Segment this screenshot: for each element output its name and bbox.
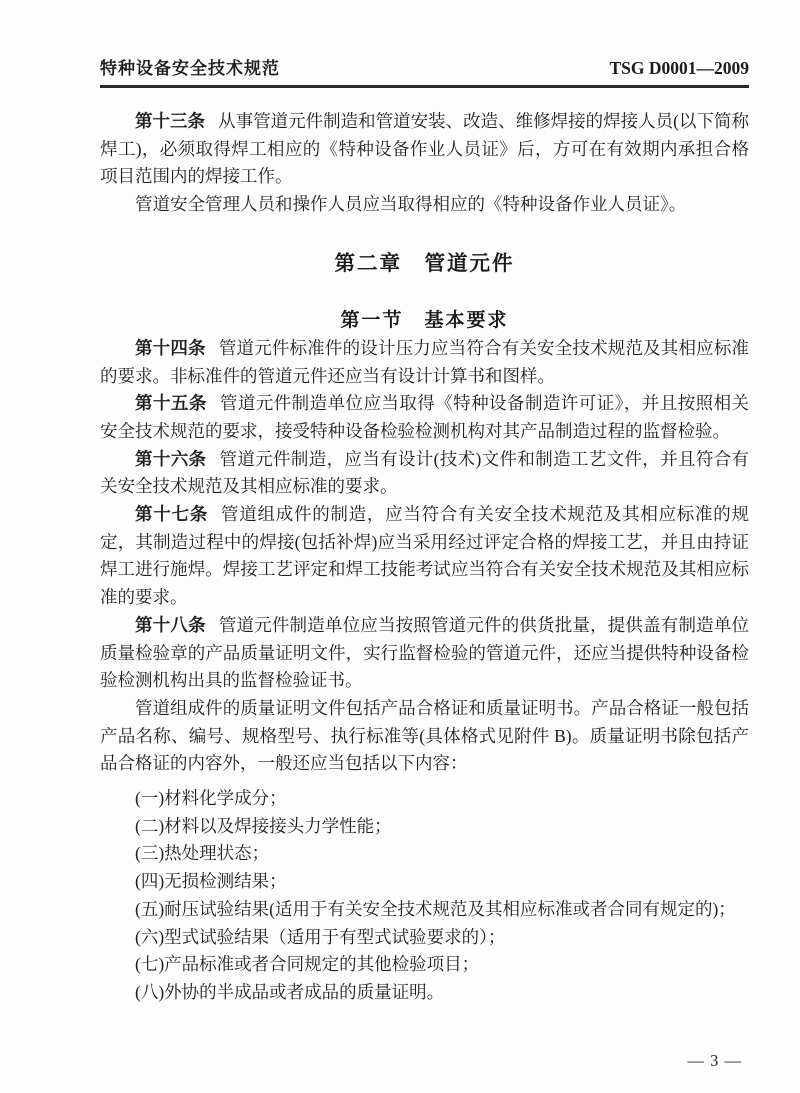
personnel-text: 管道安全管理人员和操作人员应当取得相应的《特种设备作业人员证》。 <box>135 194 686 214</box>
document-body: 第十三条从事管道元件制造和管道安装、改造、维修焊接的焊接人员(以下简称焊工)，必… <box>100 108 749 1007</box>
list-item: (三)热处理状态； <box>100 840 749 868</box>
article-13-label: 第十三条 <box>135 111 205 131</box>
article-13-paragraph: 第十三条从事管道元件制造和管道安装、改造、维修焊接的焊接人员(以下简称焊工)，必… <box>100 108 749 191</box>
header-title: 特种设备安全技术规范 <box>100 54 280 79</box>
list-item: (七)产品标准或者合同规定的其他检验项目； <box>100 951 749 979</box>
page-header: 特种设备安全技术规范 TSG D0001—2009 <box>100 54 749 88</box>
content-item-list: (一)材料化学成分； (二)材料以及焊接接头力学性能； (三)热处理状态； (四… <box>100 785 749 1007</box>
article-17-paragraph: 第十七条管道组成件的制造，应当符合有关安全技术规范及其相应标准的规定，其制造过程… <box>100 501 749 612</box>
article-15-paragraph: 第十五条管道元件制造单位应当取得《特种设备制造许可证》，并且按照相关安全技术规范… <box>100 390 749 445</box>
page-content: 特种设备安全技术规范 TSG D0001—2009 第十三条从事管道元件制造和管… <box>100 0 749 1007</box>
document-page: 特种设备安全技术规范 TSG D0001—2009 第十三条从事管道元件制造和管… <box>0 0 800 1093</box>
article-18-label: 第十八条 <box>135 615 206 635</box>
article-18-paragraph: 第十八条管道元件制造单位应当按照管道元件的供货批量，提供盖有制造单位质量检验章的… <box>100 612 749 695</box>
chapter-heading: 第二章 管道元件 <box>100 250 749 278</box>
article-14-label: 第十四条 <box>135 338 206 358</box>
list-item: (八)外协的半成品或者成品的质量证明。 <box>100 979 749 1007</box>
list-item: (四)无损检测结果； <box>100 868 749 896</box>
article-16-label: 第十六条 <box>135 449 206 469</box>
article-14-paragraph: 第十四条管道元件标准件的设计压力应当符合有关安全技术规范及其相应标准的要求。非标… <box>100 335 749 390</box>
personnel-paragraph: 管道安全管理人员和操作人员应当取得相应的《特种设备作业人员证》。 <box>100 191 749 219</box>
section-heading: 第一节 基本要求 <box>100 307 749 335</box>
list-item: (五)耐压试验结果(适用于有关安全技术规范及其相应标准或者合同有规定的)； <box>100 896 749 924</box>
header-document-code: TSG D0001—2009 <box>609 58 749 79</box>
list-item: (二)材料以及焊接接头力学性能； <box>100 813 749 841</box>
quality-docs-paragraph: 管道组成件的质量证明文件包括产品合格证和质量证明书。产品合格证一般包括产品名称、… <box>100 695 749 778</box>
page-number: — 3 — <box>688 1051 743 1071</box>
article-17-label: 第十七条 <box>135 504 208 524</box>
quality-docs-text: 管道组成件的质量证明文件包括产品合格证和质量证明书。产品合格证一般包括产品名称、… <box>100 698 749 773</box>
list-item: (六)型式试验结果（适用于有型式试验要求的）； <box>100 924 749 952</box>
list-item: (一)材料化学成分； <box>100 785 749 813</box>
article-15-label: 第十五条 <box>135 393 207 413</box>
article-16-paragraph: 第十六条管道元件制造，应当有设计(技术)文件和制造工艺文件，并且符合有关安全技术… <box>100 446 749 501</box>
